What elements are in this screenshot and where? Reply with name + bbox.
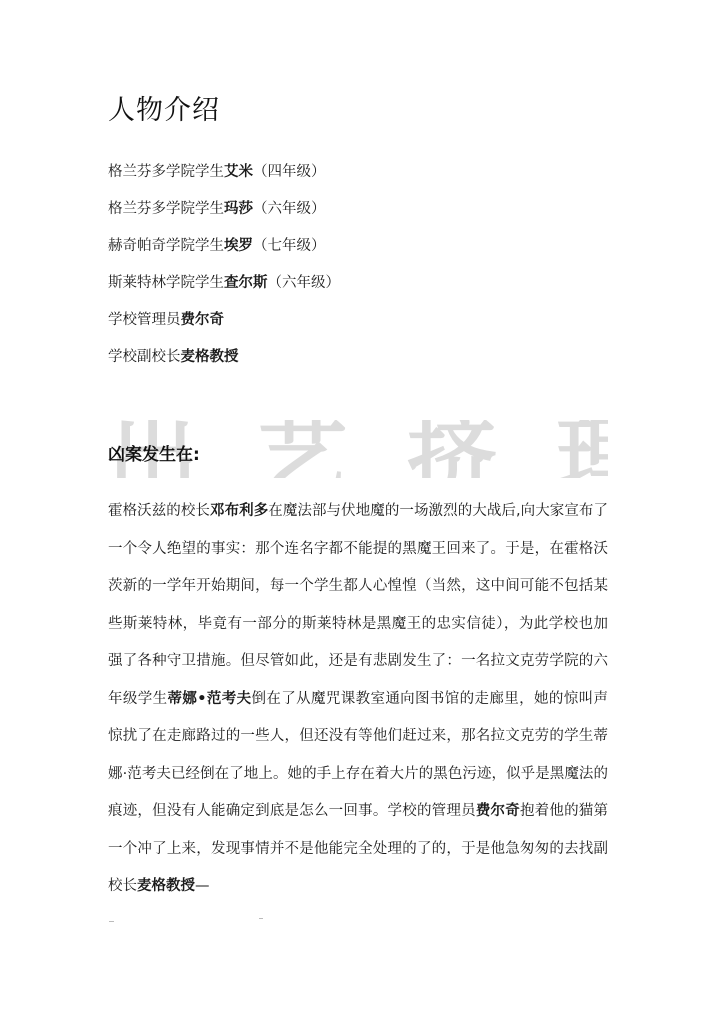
character-grade: （七年级）	[253, 238, 326, 254]
character-role: 学校副校长	[108, 349, 181, 365]
list-item: 斯莱特林学院学生查尔斯（六年级）	[108, 271, 340, 308]
list-item: 格兰芬多学院学生玛莎（六年级）	[108, 197, 340, 234]
story-name-bold: 费尔奇	[476, 803, 520, 819]
section-title: 凶案发生在:	[108, 440, 200, 465]
character-name: 费尔奇	[181, 312, 225, 328]
story-text: 倒在了从魔咒课教室通向图书馆的走廊里，她的惊叫声惊扰了在走廊路过的一些人，但还没…	[108, 691, 608, 820]
story-paragraph: 霍格沃兹的校长邓布利多在魔法部与伏地魔的一场激烈的大战后,向大家宣布了一个令人绝…	[108, 493, 608, 906]
character-role: 学校管理员	[108, 312, 181, 328]
character-role: 格兰芬多学院学生	[108, 201, 224, 217]
list-item: 学校管理员费尔奇	[108, 308, 340, 345]
character-name: 埃罗	[224, 238, 253, 254]
list-item: 赫奇帕奇学院学生埃罗（七年级）	[108, 234, 340, 271]
character-name: 麦格教授	[181, 349, 239, 365]
story-name-bold: 邓布利多	[210, 503, 268, 519]
story-name-bold: 麦格教授	[137, 878, 195, 894]
story-text: 霍格沃兹的校长	[108, 503, 210, 519]
character-role: 斯莱特林学院学生	[108, 275, 224, 291]
character-grade: （六年级）	[268, 275, 341, 291]
story-text: —	[195, 878, 210, 894]
story-text: 在魔法部与伏地魔的一场激烈的大战后,向大家宣布了一个令人绝望的事实：那个连名字都…	[108, 503, 608, 707]
character-name: 艾米	[224, 164, 253, 180]
scan-artifact	[259, 918, 263, 919]
list-item: 学校副校长麦格教授	[108, 345, 340, 382]
character-role: 格兰芬多学院学生	[108, 164, 224, 180]
character-name: 玛莎	[224, 201, 253, 217]
story-name-bold: 蒂娜•范考夫	[167, 691, 251, 707]
character-name: 查尔斯	[224, 275, 268, 291]
character-grade: （四年级）	[253, 164, 326, 180]
character-list: 格兰芬多学院学生艾米（四年级） 格兰芬多学院学生玛莎（六年级） 赫奇帕奇学院学生…	[108, 160, 340, 382]
character-grade: （六年级）	[253, 201, 326, 217]
page-title: 人物介绍	[108, 88, 220, 127]
scan-artifact	[109, 921, 114, 922]
list-item: 格兰芬多学院学生艾米（四年级）	[108, 160, 340, 197]
character-role: 赫奇帕奇学院学生	[108, 238, 224, 254]
document-page: 人物介绍 格兰芬多学院学生艾米（四年级） 格兰芬多学院学生玛莎（六年级） 赫奇帕…	[0, 0, 720, 1018]
